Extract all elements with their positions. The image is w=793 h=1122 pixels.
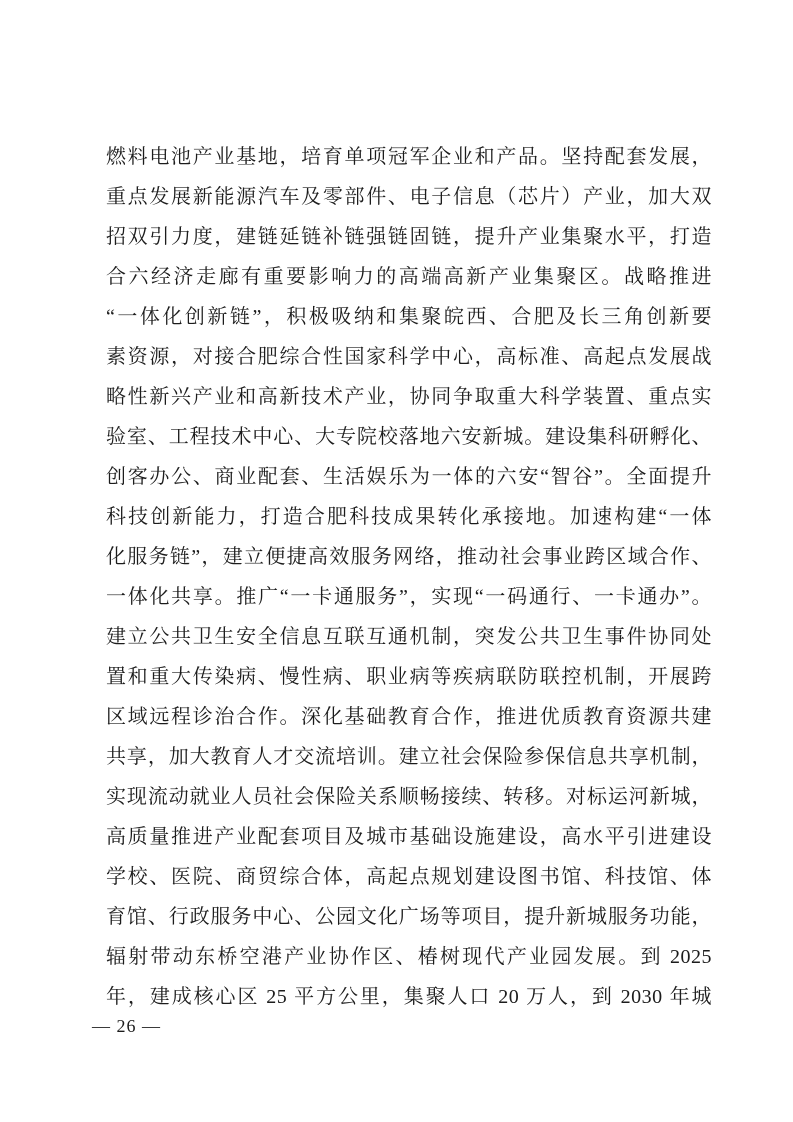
text-line: 化服务链”，建立便捷高效服务网络，推动社会事业跨区域合作、 xyxy=(106,537,712,577)
text-line: 招双引力度，建链延链补链强链固链，提升产业集聚水平，打造 xyxy=(106,217,712,257)
text-line: 合六经济走廊有重要影响力的高端高新产业集聚区。战略推进 xyxy=(106,257,712,297)
text-line: 高质量推进产业配套项目及城市基础设施建设，高水平引进建设 xyxy=(106,817,712,857)
text-line: 实现流动就业人员社会保险关系顺畅接续、转移。对标运河新城， xyxy=(106,777,712,817)
document-page: 燃料电池产业基地，培育单项冠军企业和产品。坚持配套发展， 重点发展新能源汽车及零… xyxy=(0,0,793,1122)
text-line: 区域远程诊治合作。深化基础教育合作，推进优质教育资源共建 xyxy=(106,697,712,737)
text-line: 略性新兴产业和高新技术产业，协同争取重大科学装置、重点实 xyxy=(106,377,712,417)
text-line: 共享，加大教育人才交流培训。建立社会保险参保信息共享机制， xyxy=(106,737,712,777)
text-line: 辐射带动东桥空港产业协作区、椿树现代产业园发展。到 2025 xyxy=(106,937,712,977)
text-line: 素资源，对接合肥综合性国家科学中心，高标准、高起点发展战 xyxy=(106,337,712,377)
text-line: 燃料电池产业基地，培育单项冠军企业和产品。坚持配套发展， xyxy=(106,137,712,177)
text-line: 年，建成核心区 25 平方公里，集聚人口 20 万人，到 2030 年城 xyxy=(106,977,712,1017)
text-line: 学校、医院、商贸综合体，高起点规划建设图书馆、科技馆、体 xyxy=(106,857,712,897)
text-line: 一体化共享。推广“一卡通服务”，实现“一码通行、一卡通办”。 xyxy=(106,577,712,617)
text-line: 建立公共卫生安全信息互联互通机制，突发公共卫生事件协同处 xyxy=(106,617,712,657)
text-line: 置和重大传染病、慢性病、职业病等疾病联防联控机制，开展跨 xyxy=(106,657,712,697)
text-line: 创客办公、商业配套、生活娱乐为一体的六安“智谷”。全面提升 xyxy=(106,457,712,497)
text-line: 科技创新能力，打造合肥科技成果转化承接地。加速构建“一体 xyxy=(106,497,712,537)
text-line: 育馆、行政服务中心、公园文化广场等项目，提升新城服务功能， xyxy=(106,897,712,937)
page-number: — 26 — xyxy=(92,1012,161,1040)
text-line: 重点发展新能源汽车及零部件、电子信息（芯片）产业，加大双 xyxy=(106,177,712,217)
body-text-block: 燃料电池产业基地，培育单项冠军企业和产品。坚持配套发展， 重点发展新能源汽车及零… xyxy=(106,137,712,1017)
text-line: “一体化创新链”，积极吸纳和集聚皖西、合肥及长三角创新要 xyxy=(106,297,712,337)
text-line: 验室、工程技术中心、大专院校落地六安新城。建设集科研孵化、 xyxy=(106,417,712,457)
